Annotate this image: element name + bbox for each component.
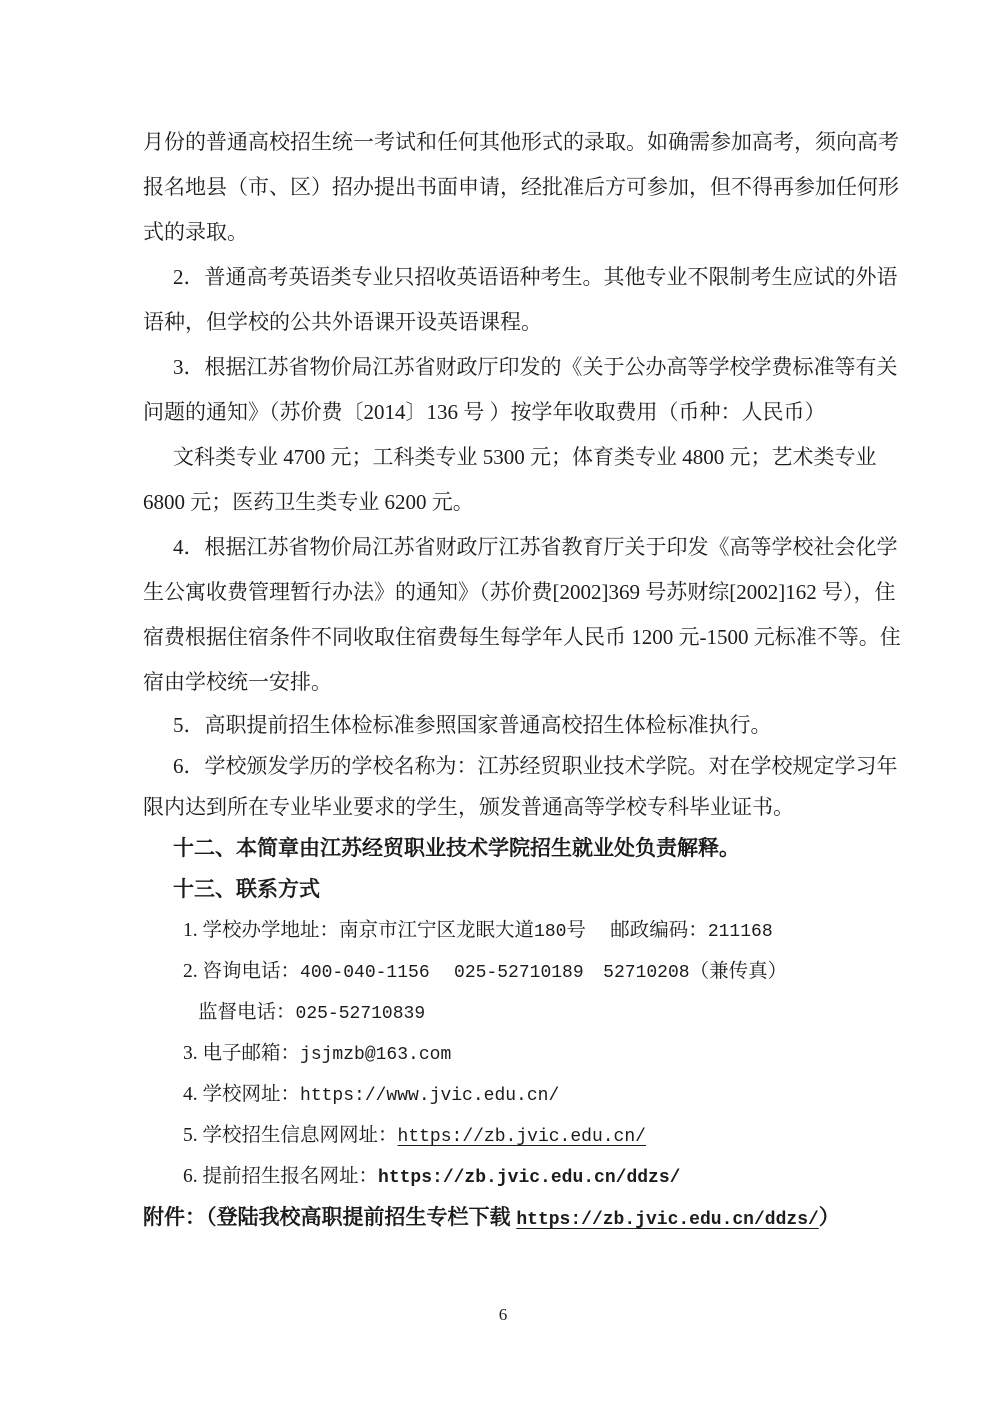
text-segment: https://zb.jvic.edu.cn/ddzs/ bbox=[378, 1168, 680, 1188]
item-2-line: 语种，但学校的公共外语课开设英语课程。 bbox=[143, 300, 903, 345]
text-segment: 5. 学校招生信息网网址： bbox=[183, 1125, 398, 1146]
text-segment: 5．高职提前招生体检标准参照国家普通高校招生体检标准执行。 bbox=[173, 713, 772, 737]
page-number: 6 bbox=[0, 1300, 1006, 1330]
link-url[interactable]: https://zb.jvic.edu.cn/ bbox=[398, 1127, 646, 1147]
paragraph-line: 报名地县（市、区）招办提出书面申请，经批准后方可参加，但不得再参加任何形 bbox=[143, 165, 903, 210]
text-segment: 月份的普通高校招生统一考试和任何其他形式的录取。如确需参加高考，须向高考 bbox=[143, 130, 899, 154]
text-segment: 2．普通高考英语类专业只招收英语语种考生。其他专业不限制考生应试的外语 bbox=[173, 265, 898, 289]
item-2-line: 2．普通高考英语类专业只招收英语语种考生。其他专业不限制考生应试的外语 bbox=[143, 255, 903, 300]
text-segment: 6．学校颁发学历的学校名称为：江苏经贸职业技术学院。对在学校规定学习年 bbox=[173, 754, 898, 778]
text-segment: 宿由学校统一安排。 bbox=[143, 670, 332, 694]
text-segment: 180 bbox=[534, 922, 566, 942]
contact-address-line: 1. 学校办学地址：南京市江宁区龙眠大道180号 邮政编码：211168 bbox=[143, 910, 903, 951]
text-segment bbox=[430, 961, 454, 982]
section-heading-12: 十二、本简章由江苏经贸职业技术学院招生就业处负责解释。 bbox=[143, 828, 903, 869]
text-segment: 宿费根据住宿条件不同收取住宿费每生每学年人民币 1200 元-1500 元标准不… bbox=[143, 625, 901, 649]
text-segment: https://www.jvic.edu.cn/ bbox=[300, 1086, 559, 1106]
text-segment: 生公寓收费管理暂行办法》的通知》（苏价费[2002]369 号苏财综[2002]… bbox=[143, 580, 895, 604]
paragraph-line: 月份的普通高校招生统一考试和任何其他形式的录取。如确需参加高考，须向高考 bbox=[143, 120, 903, 165]
paragraph-line: 式的录取。 bbox=[143, 210, 903, 255]
item-3-line: 问题的通知》（苏价费〔2014〕136 号 ）按学年收取费用（币种：人民币） bbox=[143, 390, 903, 435]
link-url[interactable]: https://zb.jvic.edu.cn/ddzs/ bbox=[516, 1210, 818, 1230]
contact-email-line: 3. 电子邮箱：jsjmzb@163.com bbox=[143, 1033, 903, 1074]
document-page: 月份的普通高校招生统一考试和任何其他形式的录取。如确需参加高考，须向高考报名地县… bbox=[0, 0, 1006, 1421]
contact-phone-line: 2. 咨询电话：400-040-1156 025-52710189 527102… bbox=[143, 951, 903, 992]
contact-signup-site-line: 6. 提前招生报名网址：https://zb.jvic.edu.cn/ddzs/ bbox=[143, 1156, 903, 1197]
attachment-line: 附件：（登陆我校高职提前招生专栏下载 https://zb.jvic.edu.c… bbox=[143, 1197, 903, 1238]
text-segment: 4. 学校网址： bbox=[183, 1084, 300, 1105]
item-6-line: 限内达到所在专业毕业要求的学生，颁发普通高等学校专科毕业证书。 bbox=[143, 787, 903, 828]
tuition-fee-line: 文科类专业 4700 元；工科类专业 5300 元；体育类专业 4800 元；艺… bbox=[143, 435, 903, 480]
item-4-line: 宿费根据住宿条件不同收取住宿费每生每学年人民币 1200 元-1500 元标准不… bbox=[143, 615, 903, 660]
contact-admission-site-line: 5. 学校招生信息网网址：https://zb.jvic.edu.cn/ bbox=[143, 1115, 903, 1156]
text-segment: 式的录取。 bbox=[143, 220, 248, 244]
item-5-line: 5．高职提前招生体检标准参照国家普通高校招生体检标准执行。 bbox=[143, 705, 903, 746]
text-segment: 3. 电子邮箱： bbox=[183, 1043, 300, 1064]
text-segment: 文科类专业 4700 元；工科类专业 5300 元；体育类专业 4800 元；艺… bbox=[173, 445, 877, 469]
text-segment: 号 邮政编码： bbox=[566, 920, 707, 941]
section-heading-13: 十三、联系方式 bbox=[143, 869, 903, 910]
item-4-line: 宿由学校统一安排。 bbox=[143, 660, 903, 705]
item-4-line: 生公寓收费管理暂行办法》的通知》（苏价费[2002]369 号苏财综[2002]… bbox=[143, 570, 903, 615]
tuition-fee-line: 6800 元；医药卫生类专业 6200 元。 bbox=[143, 480, 903, 525]
text-segment: 2. 咨询电话： bbox=[183, 961, 300, 982]
text-segment: 400-040-1156 bbox=[300, 963, 430, 983]
text-segment: 限内达到所在专业毕业要求的学生，颁发普通高等学校专科毕业证书。 bbox=[143, 795, 794, 819]
text-segment: 52710208 bbox=[603, 963, 689, 983]
text-segment: 附件：（登陆我校高职提前招生专栏下载 bbox=[143, 1206, 516, 1229]
text-segment: 语种，但学校的公共外语课开设英语课程。 bbox=[143, 310, 542, 334]
text-segment: 6. 提前招生报名网址： bbox=[183, 1166, 378, 1187]
text-segment: 4．根据江苏省物价局江苏省财政厅江苏省教育厅关于印发《高等学校社会化学 bbox=[173, 535, 898, 559]
text-segment: 十三、联系方式 bbox=[173, 878, 320, 901]
contact-website-line: 4. 学校网址：https://www.jvic.edu.cn/ bbox=[143, 1074, 903, 1115]
text-segment: 问题的通知》（苏价费〔2014〕136 号 ）按学年收取费用（币种：人民币） bbox=[143, 400, 826, 424]
text-segment: 025-52710189 bbox=[454, 963, 584, 983]
text-segment: 025-52710839 bbox=[296, 1004, 426, 1024]
text-segment: 十二、本简章由江苏经贸职业技术学院招生就业处负责解释。 bbox=[173, 837, 740, 860]
text-segment bbox=[584, 961, 604, 982]
text-segment: 监督电话： bbox=[198, 1002, 296, 1023]
text-segment: 3．根据江苏省物价局江苏省财政厅印发的《关于公办高等学校学费标准等有关 bbox=[173, 355, 898, 379]
text-segment: 1. 学校办学地址：南京市江宁区龙眠大道 bbox=[183, 920, 534, 941]
text-segment: 211168 bbox=[708, 922, 773, 942]
text-segment: ） bbox=[819, 1206, 840, 1229]
item-6-line: 6．学校颁发学历的学校名称为：江苏经贸职业技术学院。对在学校规定学习年 bbox=[143, 746, 903, 787]
text-segment: （兼传真） bbox=[690, 961, 788, 982]
supervise-phone-line: 监督电话：025-52710839 bbox=[143, 992, 903, 1033]
text-segment: jsjmzb@163.com bbox=[300, 1045, 451, 1065]
document-lines: 月份的普通高校招生统一考试和任何其他形式的录取。如确需参加高考，须向高考报名地县… bbox=[143, 120, 903, 1238]
item-4-line: 4．根据江苏省物价局江苏省财政厅江苏省教育厅关于印发《高等学校社会化学 bbox=[143, 525, 903, 570]
text-segment: 6800 元；医药卫生类专业 6200 元。 bbox=[143, 490, 474, 514]
item-3-line: 3．根据江苏省物价局江苏省财政厅印发的《关于公办高等学校学费标准等有关 bbox=[143, 345, 903, 390]
text-segment: 报名地县（市、区）招办提出书面申请，经批准后方可参加，但不得再参加任何形 bbox=[143, 175, 899, 199]
